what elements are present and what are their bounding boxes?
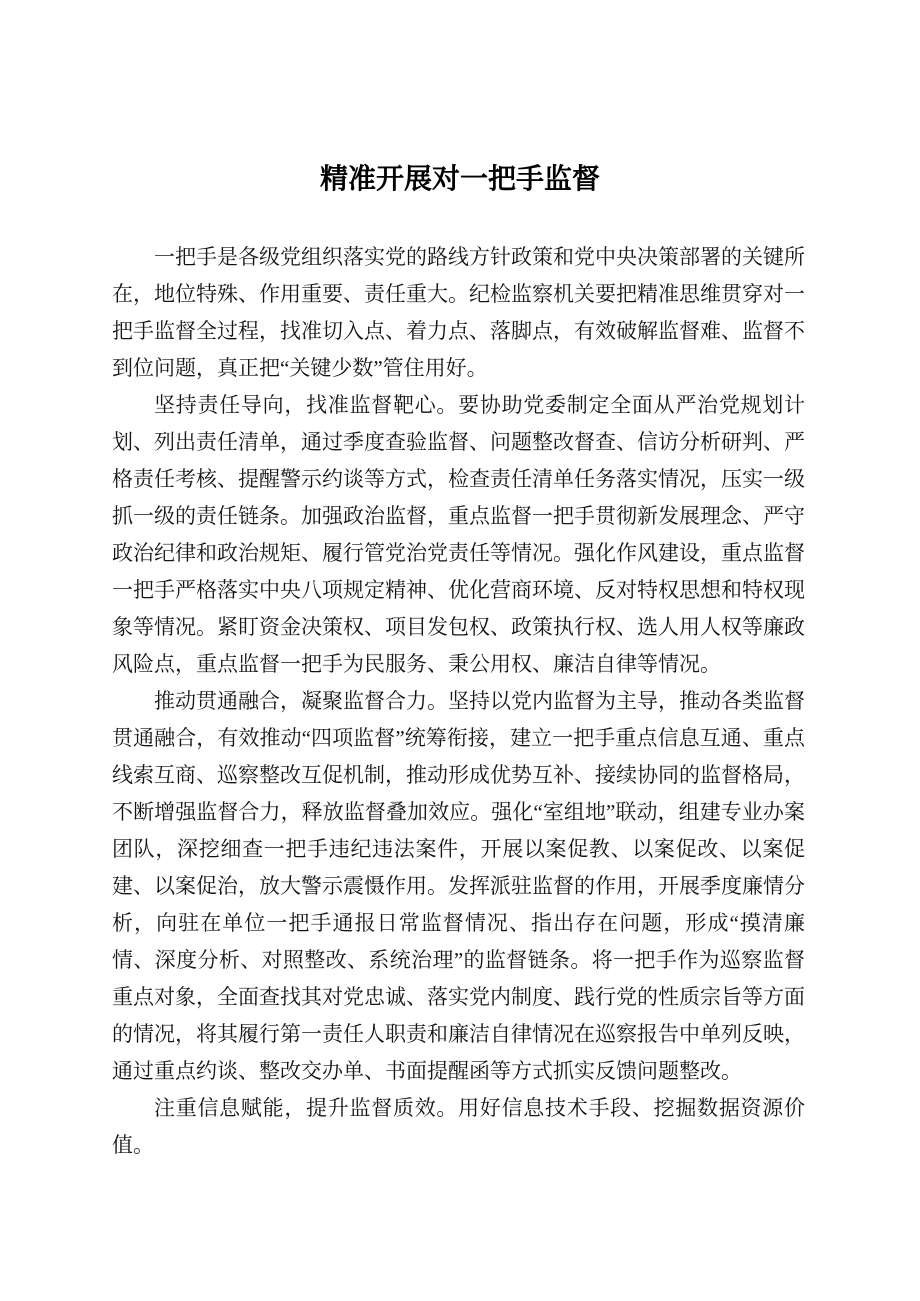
document-title: 精准开展对一把手监督: [112, 163, 808, 195]
paragraph-2: 坚持责任导向，找准监督靶心。要协助党委制定全面从严治党规划计划、列出责任清单，通…: [112, 387, 805, 683]
document-body: 一把手是各级党组织落实党的路线方针政策和党中央决策部署的关键所在，地位特殊、作用…: [112, 239, 805, 1164]
paragraph-3: 推动贯通融合，凝聚监督合力。坚持以党内监督为主导，推动各类监督贯通融合，有效推动…: [112, 683, 805, 1090]
paragraph-1: 一把手是各级党组织落实党的路线方针政策和党中央决策部署的关键所在，地位特殊、作用…: [112, 239, 805, 387]
paragraph-4: 注重信息赋能，提升监督质效。用好信息技术手段、挖掘数据资源价值。: [112, 1090, 805, 1164]
document-page: 精准开展对一把手监督 一把手是各级党组织落实党的路线方针政策和党中央决策部署的关…: [0, 0, 920, 1301]
